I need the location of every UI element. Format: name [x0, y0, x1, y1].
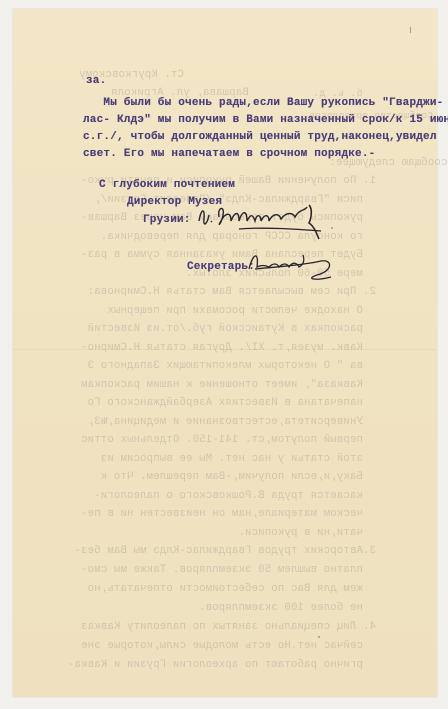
- paper-speck: [331, 227, 333, 229]
- paragraph-line-2: лас- Клдэ" мы получим в Вами назначенный…: [83, 114, 448, 126]
- ghost-line: ргично работают по археологии Грузии и К…: [31, 659, 376, 678]
- ghost-line: чати,ни в рукописи.: [31, 527, 376, 546]
- museum-name: Грузии:: [143, 214, 191, 226]
- ghost-line: ческом материале,нам он неизвестен ни в …: [31, 508, 376, 527]
- ghost-line: Кавказа", имеет отношение к нашим раскоп…: [31, 379, 376, 398]
- ghost-line: сейчас нет.Но есть молодые силы,которые …: [31, 640, 376, 659]
- paragraph-line-4: свет. Его мы напечатаем в срочном порядк…: [83, 148, 375, 160]
- paragraph-line-1: Мы были бы очень рады,если Вашу рукопись…: [83, 97, 443, 109]
- secretary-signature-icon: [245, 247, 337, 283]
- ghost-line: раскопках в Кутаисской губ./от.из Извест…: [31, 323, 376, 342]
- ghost-line: этой статьи у нас нет. Мы ее выпросим из: [31, 453, 376, 472]
- ghost-line: 4. Лиц специально занятых по палеолиту К…: [31, 621, 376, 640]
- ghost-line: 2. При сем высылается Вам статья Н.Смирн…: [31, 286, 376, 305]
- fragment-line: за.: [86, 75, 106, 87]
- closing-line: С глубоким почтением: [99, 179, 235, 191]
- ghost-line: напечатана в Известиях Азербайджанского …: [31, 397, 376, 416]
- ghost-line: О находке челюсти росомахи при пещерных: [31, 305, 376, 324]
- ghost-line: первый полутом,ст. 141-150. Отдельных от…: [31, 434, 376, 453]
- ghost-line: ва " О некоторых млекопитающих Западного…: [31, 360, 376, 379]
- ghost-line: платно вышлем 50 экземпляров. Также мы с…: [31, 564, 376, 583]
- paragraph-line-3: с.г./, чтобы долгожданный ценный труд,на…: [83, 131, 437, 143]
- paper-mark: [410, 27, 411, 33]
- ghost-line: 3.Авторских трудов Гварджилас-Клдэ мы Ва…: [31, 545, 376, 564]
- ghost-line: касается труда В.Рошковского о палеологи…: [31, 490, 376, 509]
- ghost-line: Кавк. музея,т. XI/. Другая статья Н.Смир…: [31, 342, 376, 361]
- ghost-line: Университета,естествознание и медицина,№…: [31, 416, 376, 435]
- ghost-line: жем для Вас по себестоимости отпечатать,…: [31, 583, 376, 602]
- paper-speck: [318, 636, 320, 638]
- ghost-line: не более 100 экземпляров.: [31, 602, 376, 621]
- ghost-line: Баку,и,если получим,-Вам перешлем. Что к: [31, 471, 376, 490]
- letter-page: б. ь. д. Сообщество археологов Ст. Кругк…: [13, 9, 437, 697]
- director-signature-icon: [195, 199, 335, 243]
